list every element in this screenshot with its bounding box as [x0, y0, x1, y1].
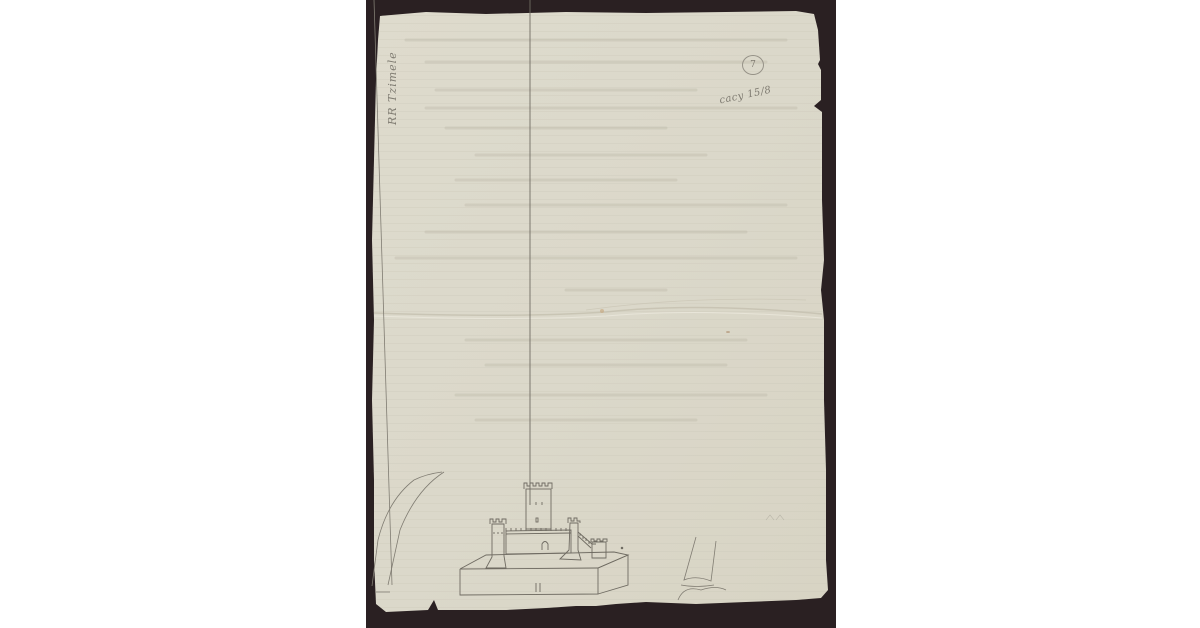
folio-number-circle: 7	[742, 55, 764, 75]
document-viewer: 7 cacy 15/8 RR Tzimele	[0, 0, 1200, 628]
scan-image: 7 cacy 15/8 RR Tzimele	[366, 0, 836, 628]
margin-note-annotation: RR Tzimele	[386, 51, 399, 125]
